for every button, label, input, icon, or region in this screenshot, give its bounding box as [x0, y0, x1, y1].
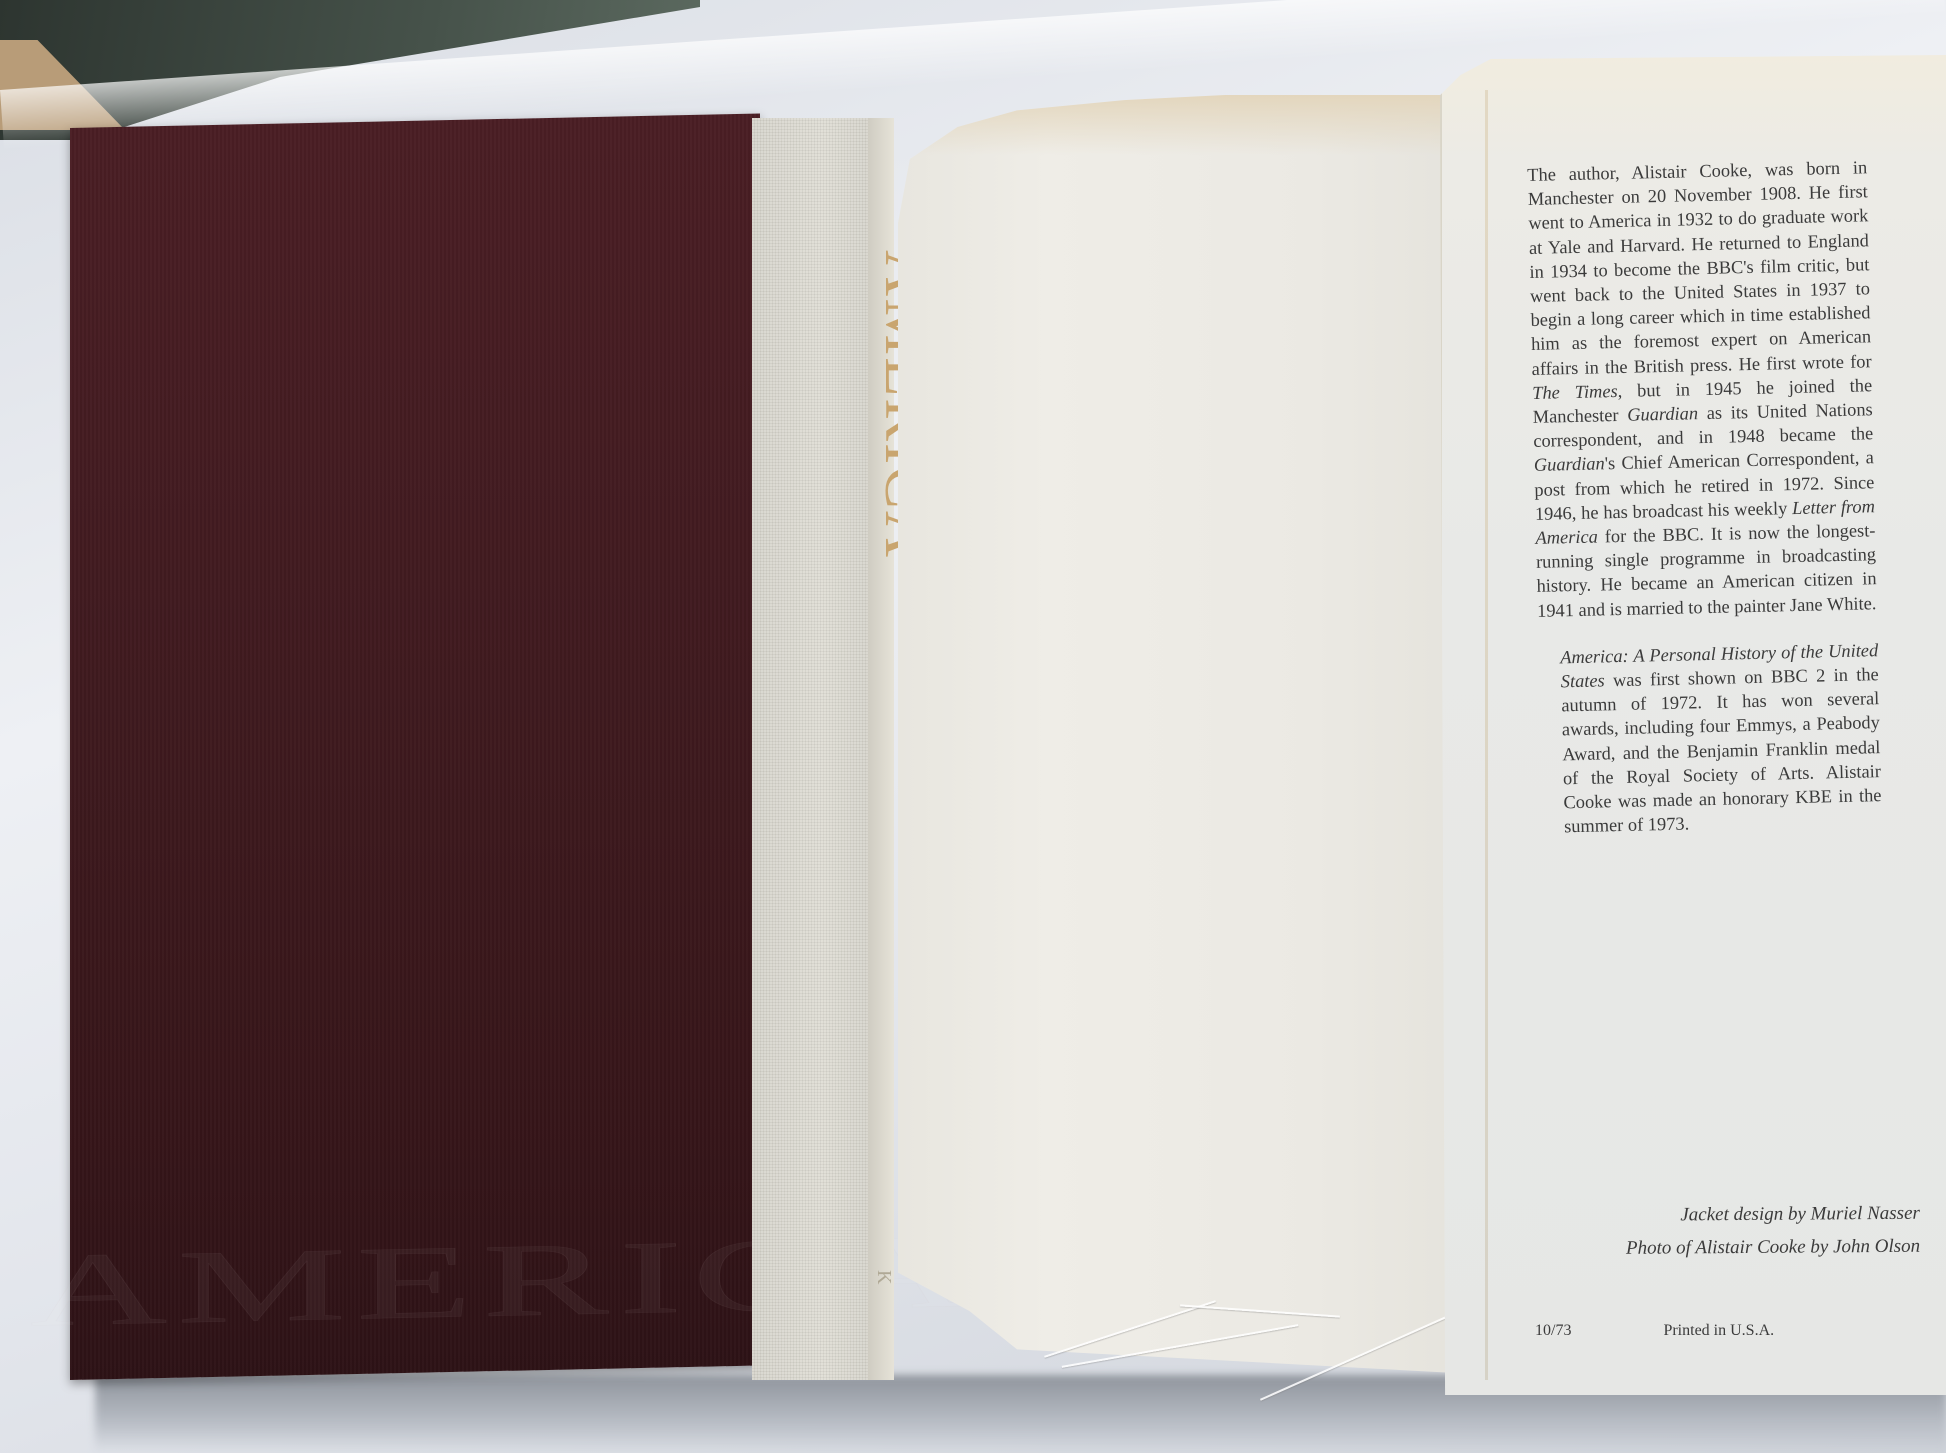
print-code: 10/73 — [1535, 1322, 1571, 1340]
imprint-line: 10/73 Printed in U.S.A. — [1535, 1322, 1915, 1340]
bio-italic-times: The Times — [1532, 381, 1618, 403]
author-biography: The author, Alistair Cooke, was born in … — [1527, 155, 1882, 839]
photo-scene: AMERICA ALISTAIR COOKE'S AMERICA K The a… — [0, 0, 1946, 1453]
dust-jacket-inner-panel — [898, 95, 1493, 1375]
series-text: was first shown on BBC 2 in the autumn o… — [1561, 664, 1882, 836]
photo-credit: Photo of Alistair Cooke by John Olson — [1560, 1230, 1920, 1266]
bio-paragraph-1: The author, Alistair Cooke, was born in … — [1527, 155, 1877, 622]
bio-text: The author, Alistair Cooke, was born in … — [1527, 157, 1872, 378]
bio-paragraph-2: America: A Personal History of the Unite… — [1538, 638, 1882, 839]
book-cover: AMERICA — [70, 114, 760, 1380]
bio-italic-guardian: Guardian — [1627, 403, 1698, 425]
spine-publisher-mark: K — [872, 1270, 895, 1284]
printed-in: Printed in U.S.A. — [1663, 1322, 1774, 1340]
flap-fold-line — [1485, 90, 1488, 1380]
jacket-credits: Jacket design by Muriel Nasser Photo of … — [1560, 1197, 1920, 1266]
jacket-worn-edge — [898, 95, 1493, 155]
cover-blind-stamped-title: AMERICA — [30, 1214, 830, 1351]
jacket-design-credit: Jacket design by Muriel Nasser — [1560, 1197, 1920, 1233]
bio-italic-guardian: Guardian — [1534, 454, 1605, 476]
